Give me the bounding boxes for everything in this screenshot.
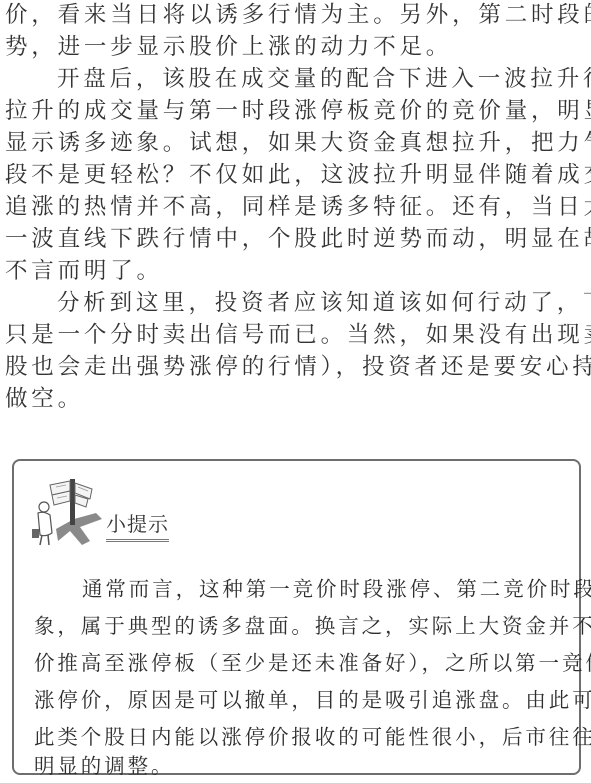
tip-text-line: 明显的调整。: [34, 748, 174, 783]
text-line: 股也会走出强势涨停的行情），投资者还是要安心持股，即看空不: [5, 352, 591, 382]
text-line: 不言而明了。: [5, 256, 163, 286]
tip-box: 小提示 通常而言，这种第一竞价时段涨停、第二竞价时段低走的现 象，属于典型的诱多…: [12, 459, 581, 775]
paragraph-start-line: 开盘后，该股在成交量的配合下进入一波拉升行情中。比较这波: [57, 64, 591, 94]
paragraph-start-line: 分析到这里，投资者应该知道该如何行动了，下一步所要关注的: [57, 288, 591, 318]
text-line: 做空。: [5, 384, 84, 414]
tip-title: 小提示: [106, 511, 169, 542]
text-line: 拉升的成交量与第一时段涨停板竞价的竞价量，明显前者大，又一次: [5, 96, 591, 126]
text-line: 追涨的热情并不高，同样是诱多特征。还有，当日大盘开盘后就进入: [5, 192, 591, 222]
text-line: 势，进一步显示股价上涨的动力不足。: [5, 32, 452, 62]
text-line: 显示诱多迹象。试想，如果大资金真想拉升，把力气留在早盘竞价阶: [5, 128, 591, 158]
signpost-person-icon: [26, 469, 106, 547]
text-line: 只是一个分时卖出信号而已。当然，如果没有出现卖出信号（有些个: [5, 320, 591, 350]
tip-text-line: 涨停价，原因是可以撤单，目的是吸引追涨盘。由此可以推断，: [34, 682, 591, 719]
text-line: 一波直线下跌行情中，个股此时逆势而动，明显在故意示强，其企图: [5, 224, 591, 254]
text-line: 段不是更轻松？不仅如此，这波拉升明显伴随着成交量的萎缩，说明: [5, 160, 591, 190]
tip-text-line: 价推高至涨停板（至少是还未准备好），之所以第一竞价时段挂: [34, 645, 591, 682]
text-line: 价，看来当日将以诱多行情为主。另外，第二时段的竞价形成价平走: [5, 0, 591, 30]
tip-text-line: 象，属于典型的诱多盘面。换言之，实际上大资金并不愿意将股: [34, 608, 591, 645]
tip-paragraph-start-line: 通常而言，这种第一竞价时段涨停、第二竞价时段低走的现: [82, 571, 591, 608]
